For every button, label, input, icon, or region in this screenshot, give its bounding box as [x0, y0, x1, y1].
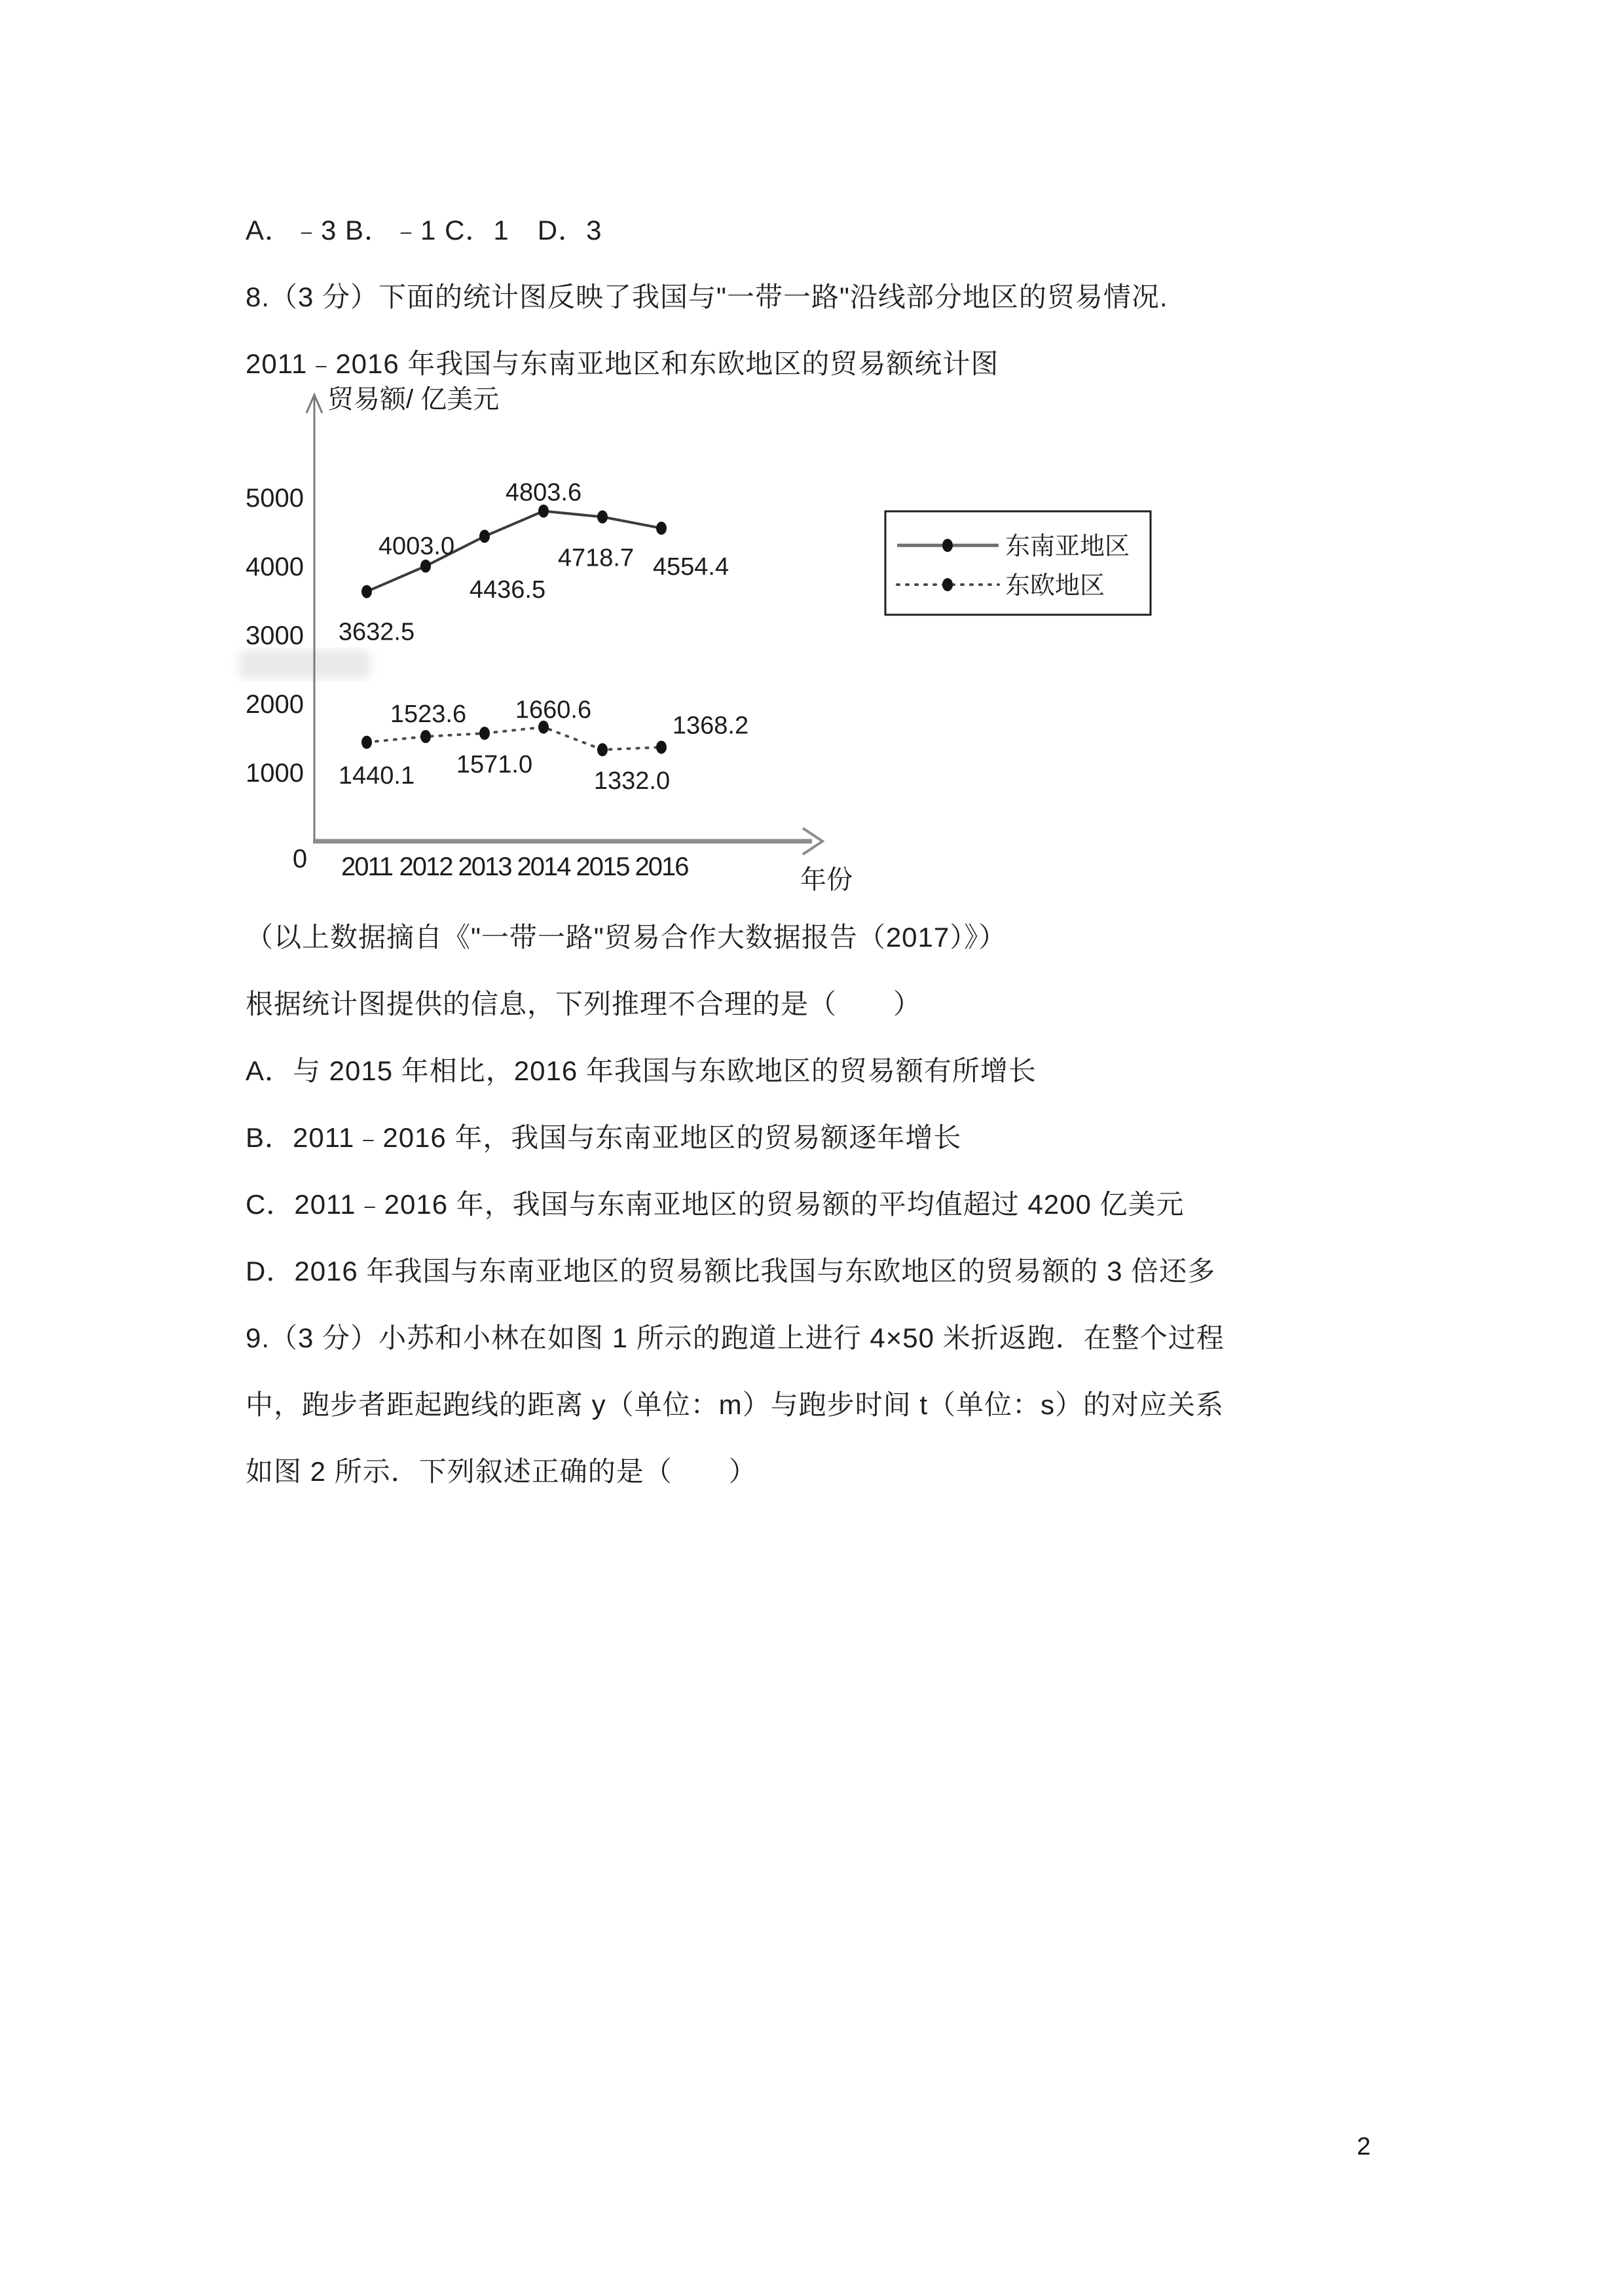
legend-label: 东南亚地区 [1005, 533, 1130, 560]
x-tick-label: 2012 [399, 852, 453, 881]
data-point-label: 3632.5 [339, 619, 415, 646]
legend-marker-icon [942, 539, 953, 552]
q8-option-d: D．2016 年我国与东南亚地区的贸易额比我国与东欧地区的贸易额的 3 倍还多 [246, 1257, 1225, 1286]
data-point-marker [597, 743, 608, 756]
page-number: 2 [1357, 2133, 1371, 2161]
x-tick-label: 2015 [576, 852, 630, 881]
data-point-marker [361, 736, 372, 749]
data-point-marker [597, 511, 608, 524]
series-southeast-asia: 3632.54003.04436.54803.64718.74554.4 [339, 479, 729, 646]
x-tick-label: 2016 [635, 852, 689, 881]
origin-tick-label: 0 [293, 845, 307, 873]
data-point-label: 4803.6 [506, 479, 581, 507]
q8-question: 根据统计图提供的信息，下列推理不合理的是（ ） [246, 990, 1225, 1019]
data-point-label: 1368.2 [673, 712, 748, 739]
data-point-marker [479, 727, 490, 740]
data-point-marker [361, 585, 372, 598]
y-tick-label: 3000 [246, 621, 304, 650]
data-point-marker [420, 730, 431, 743]
y-tick-label: 4000 [246, 553, 304, 581]
watermark-smudge [239, 650, 370, 679]
data-point-label: 1440.1 [339, 762, 415, 790]
series-east-europe: 1440.11523.61571.01660.61332.01368.2 [339, 697, 748, 795]
y-tick-label: 5000 [246, 484, 304, 513]
q8-option-b: B．2011﹣2016 年，我国与东南亚地区的贸易额逐年增长 [246, 1123, 1225, 1152]
data-point-label: 1332.0 [594, 767, 670, 795]
x-tick-label: 2014 [517, 852, 572, 881]
x-axis-title: 年份 [800, 866, 853, 894]
data-point-label: 4436.5 [470, 576, 545, 604]
q7-answer-options: A．﹣3 B．﹣1 C．1 D．3 [246, 216, 1168, 245]
data-point-label: 1523.6 [390, 701, 466, 728]
x-tick-label: 2013 [458, 852, 512, 881]
q9-stem-line3: 如图 2 所示．下列叙述正确的是（ ） [246, 1457, 1225, 1486]
data-point-marker [479, 530, 490, 543]
x-tick-label: 2011 [341, 852, 393, 881]
trade-chart: 贸易额/ 亿美元年份010002000300040005000201120122… [229, 376, 1211, 900]
q8-option-c: C．2011﹣2016 年，我国与东南亚地区的贸易额的平均值超过 4200 亿美… [246, 1190, 1225, 1219]
series-line [367, 727, 661, 750]
data-point-label: 4003.0 [378, 533, 454, 560]
data-point-marker [420, 560, 431, 573]
legend: 东南亚地区东欧地区 [885, 511, 1151, 615]
data-point-label: 4554.4 [653, 553, 729, 581]
legend-label: 东欧地区 [1005, 572, 1105, 600]
data-point-marker [656, 522, 667, 535]
y-tick-label: 1000 [246, 759, 304, 788]
data-point-label: 1571.0 [456, 751, 532, 778]
data-point-label: 1660.6 [515, 697, 591, 724]
q9-stem-line1: 9.（3 分）小苏和小林在如图 1 所示的跑道上进行 4×50 米折返跑．在整个… [246, 1324, 1225, 1353]
y-tick-label: 2000 [246, 690, 304, 719]
q8-option-a: A．与 2015 年相比，2016 年我国与东欧地区的贸易额有所增长 [246, 1057, 1225, 1085]
q8-stem: 8.（3 分）下面的统计图反映了我国与"一带一路"沿线部分地区的贸易情况. [246, 283, 1168, 312]
chart-source-note: （以上数据摘自《"一带一路"贸易合作大数据报告（2017）》） [246, 923, 1225, 952]
data-point-marker [656, 740, 667, 754]
data-point-label: 4718.7 [558, 545, 634, 572]
chart-title: 2011﹣2016 年我国与东南亚地区和东欧地区的贸易额统计图 [246, 350, 1168, 378]
q9-stem-line2: 中，跑步者距起跑线的距离 y（单位：m）与跑步时间 t（单位：s）的对应关系 [246, 1391, 1225, 1419]
legend-marker-icon [942, 578, 953, 591]
y-axis-title: 贸易额/ 亿美元 [327, 385, 499, 414]
question-text-block-bottom: （以上数据摘自《"一带一路"贸易合作大数据报告（2017）》） 根据统计图提供的… [246, 923, 1225, 1524]
